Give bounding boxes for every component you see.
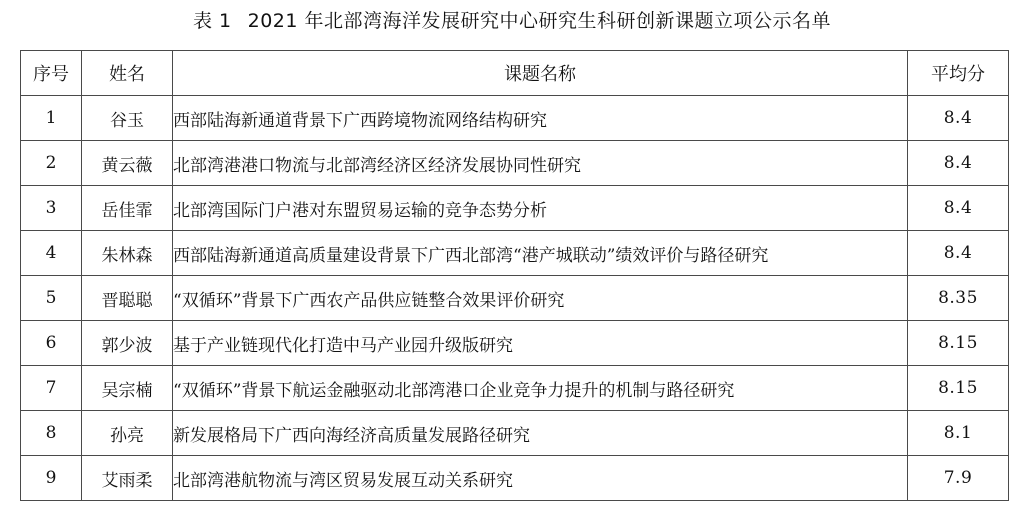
row-score: 8.1 xyxy=(908,411,1009,456)
row-index: 8 xyxy=(21,411,82,456)
row-name: 晋聪聪 xyxy=(82,276,173,321)
row-index: 5 xyxy=(21,276,82,321)
table-row: 8 孙亮 新发展格局下广西向海经济高质量发展路径研究 8.1 xyxy=(21,411,1009,456)
table-row: 3 岳佳霏 北部湾国际门户港对东盟贸易运输的竞争态势分析 8.4 xyxy=(21,186,1009,231)
table-row: 7 吴宗楠 “双循环”背景下航运金融驱动北部湾港口企业竞争力提升的机制与路径研究… xyxy=(21,366,1009,411)
row-index: 1 xyxy=(21,96,82,141)
row-title: 北部湾港港口物流与北部湾经济区经济发展协同性研究 xyxy=(173,141,908,186)
row-index: 6 xyxy=(21,321,82,366)
table-caption: 表 12021 年北部湾海洋发展研究中心研究生科研创新课题立项公示名单 xyxy=(0,8,1024,34)
row-score: 8.4 xyxy=(908,186,1009,231)
row-score: 8.4 xyxy=(908,96,1009,141)
table-row: 5 晋聪聪 “双循环”背景下广西农产品供应链整合效果评价研究 8.35 xyxy=(21,276,1009,321)
row-title: “双循环”背景下航运金融驱动北部湾港口企业竞争力提升的机制与路径研究 xyxy=(173,366,908,411)
row-score: 7.9 xyxy=(908,456,1009,501)
row-index: 3 xyxy=(21,186,82,231)
row-title: 西部陆海新通道背景下广西跨境物流网络结构研究 xyxy=(173,96,908,141)
row-name: 吴宗楠 xyxy=(82,366,173,411)
table-row: 1 谷玉 西部陆海新通道背景下广西跨境物流网络结构研究 8.4 xyxy=(21,96,1009,141)
table-row: 6 郭少波 基于产业链现代化打造中马产业园升级版研究 8.15 xyxy=(21,321,1009,366)
row-name: 黄云薇 xyxy=(82,141,173,186)
table-title: 2021 年北部湾海洋发展研究中心研究生科研创新课题立项公示名单 xyxy=(248,10,831,32)
row-index: 7 xyxy=(21,366,82,411)
header-score: 平均分 xyxy=(908,51,1009,96)
table-row: 4 朱林森 西部陆海新通道高质量建设背景下广西北部湾“港产城联动”绩效评价与路径… xyxy=(21,231,1009,276)
row-title: 基于产业链现代化打造中马产业园升级版研究 xyxy=(173,321,908,366)
table-row: 9 艾雨柔 北部湾港航物流与湾区贸易发展互动关系研究 7.9 xyxy=(21,456,1009,501)
table-number: 表 1 xyxy=(193,10,232,32)
project-list-table: 序号 姓名 课题名称 平均分 1 谷玉 西部陆海新通道背景下广西跨境物流网络结构… xyxy=(20,50,1009,501)
header-index: 序号 xyxy=(21,51,82,96)
row-title: “双循环”背景下广西农产品供应链整合效果评价研究 xyxy=(173,276,908,321)
row-title: 北部湾国际门户港对东盟贸易运输的竞争态势分析 xyxy=(173,186,908,231)
row-title: 西部陆海新通道高质量建设背景下广西北部湾“港产城联动”绩效评价与路径研究 xyxy=(173,231,908,276)
header-title: 课题名称 xyxy=(173,51,908,96)
row-index: 4 xyxy=(21,231,82,276)
row-index: 2 xyxy=(21,141,82,186)
row-score: 8.4 xyxy=(908,141,1009,186)
row-name: 谷玉 xyxy=(82,96,173,141)
row-name: 郭少波 xyxy=(82,321,173,366)
row-title: 新发展格局下广西向海经济高质量发展路径研究 xyxy=(173,411,908,456)
header-name: 姓名 xyxy=(82,51,173,96)
row-name: 艾雨柔 xyxy=(82,456,173,501)
row-name: 朱林森 xyxy=(82,231,173,276)
row-score: 8.15 xyxy=(908,321,1009,366)
table-row: 2 黄云薇 北部湾港港口物流与北部湾经济区经济发展协同性研究 8.4 xyxy=(21,141,1009,186)
row-title: 北部湾港航物流与湾区贸易发展互动关系研究 xyxy=(173,456,908,501)
header-row: 序号 姓名 课题名称 平均分 xyxy=(21,51,1009,96)
row-score: 8.15 xyxy=(908,366,1009,411)
row-index: 9 xyxy=(21,456,82,501)
row-score: 8.4 xyxy=(908,231,1009,276)
row-name: 岳佳霏 xyxy=(82,186,173,231)
row-name: 孙亮 xyxy=(82,411,173,456)
row-score: 8.35 xyxy=(908,276,1009,321)
